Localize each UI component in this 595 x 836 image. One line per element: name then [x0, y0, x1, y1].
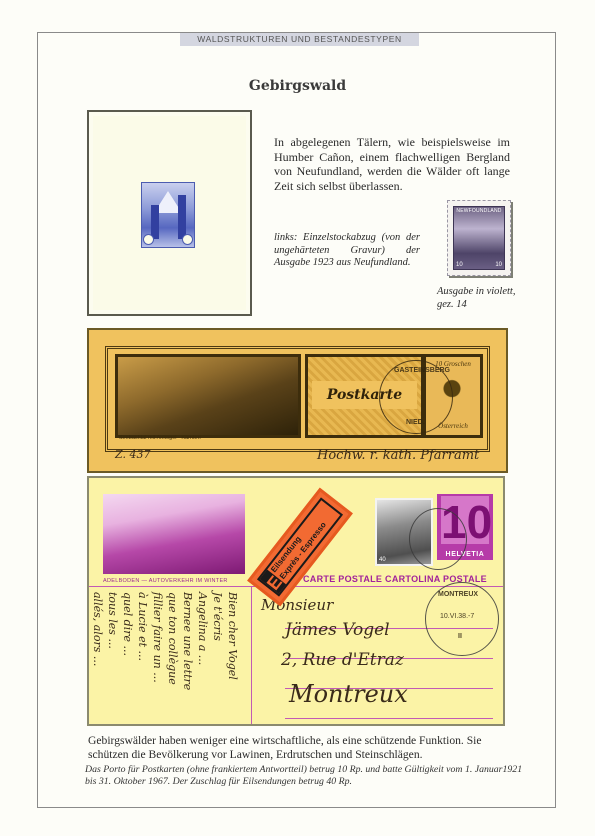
photo-caption: Seebachtal mit Ankogel - Kärnten [119, 435, 299, 441]
postmark-bottom-text: NIED. [406, 419, 425, 426]
tree-shape [151, 205, 159, 239]
address-line [285, 718, 493, 719]
footer-note: Das Porto für Postkarten (ohne frankiert… [85, 764, 525, 788]
message-line: allés, alors ... [93, 592, 104, 666]
message-line: Bien cher Vogel [226, 592, 239, 680]
message-line: à Lucie et ... [136, 592, 149, 661]
value-circle [182, 234, 193, 245]
message-line: fillier faire un ... [151, 592, 164, 683]
page-title: Gebirgswald [0, 78, 595, 94]
express-label: E Eilsendung Exprès - Espresso [247, 488, 353, 607]
stamp-value-right: 10 [495, 262, 502, 268]
proof-caption: links: Einzelstockabzug (von der ungehär… [274, 232, 420, 270]
stamp-value-left: 10 [456, 262, 463, 268]
die-proof-card [87, 110, 252, 316]
divider-line [251, 586, 252, 724]
postmark-bottom: II [458, 633, 462, 640]
postmark-text: GASTEINSBERG [394, 367, 450, 374]
handwritten-message: Bien cher VogelJe t'écrisAngelina a ...B… [93, 590, 245, 724]
message-line: tous les ... [106, 592, 119, 649]
postmark-date: 10.VI.38.-7 [440, 613, 474, 620]
die-proof-stamp-image [141, 182, 195, 248]
postcard-photo [115, 354, 301, 438]
stamp-country-label: NEWFOUNDLAND [454, 208, 504, 214]
section-header: Waldstrukturen und Bestandestypen [180, 33, 419, 46]
value-circle [143, 234, 154, 245]
stamp-value: 40 [379, 557, 386, 563]
message-line: quel dire ... [121, 592, 134, 656]
address-line-2: Jämes Vogel [285, 620, 390, 640]
footer-paragraph: Gebirgswälder haben weniger eine wirtsch… [88, 734, 513, 762]
message-line: Bernee une lettre [181, 592, 194, 690]
austrian-postcard: Seebachtal mit Ankogel - Kärnten Postkar… [87, 328, 508, 473]
message-line: que ton collègue [166, 592, 179, 685]
address-line-4: Montreux [289, 680, 408, 708]
montreux-postmark: MONTREUX 10.VI.38.-7 II [425, 582, 499, 656]
newfoundland-stamp: NEWFOUNDLAND 10 10 [447, 200, 511, 276]
tree-shape [178, 195, 186, 239]
message-line: Je t'écris [211, 592, 224, 641]
address-line-3: 2, Rue d'Etraz [281, 650, 404, 670]
handwritten-reference: Z. 437 [115, 448, 150, 461]
swiss-postcard: ADELBODEN — AUTOVERKEHR IM WINTER 40 10 … [87, 476, 505, 726]
photo-caption: ADELBODEN — AUTOVERKEHR IM WINTER [103, 578, 228, 584]
stamp-image: NEWFOUNDLAND 10 10 [453, 206, 505, 270]
handwritten-address: Hochw. r. kath. Pfarramt [317, 448, 479, 463]
postmark-town: MONTREUX [438, 591, 478, 598]
postcard-photo [103, 494, 245, 574]
postmark: GASTEINSBERG NIED. [379, 360, 453, 434]
intro-paragraph: In abgelegenen Tälern, wie beispielsweis… [274, 135, 510, 193]
lugano-postmark [409, 508, 467, 570]
message-line: Angelina a ... [196, 592, 209, 665]
stamp-caption: Ausgabe in violett, gez. 14 [437, 286, 517, 311]
